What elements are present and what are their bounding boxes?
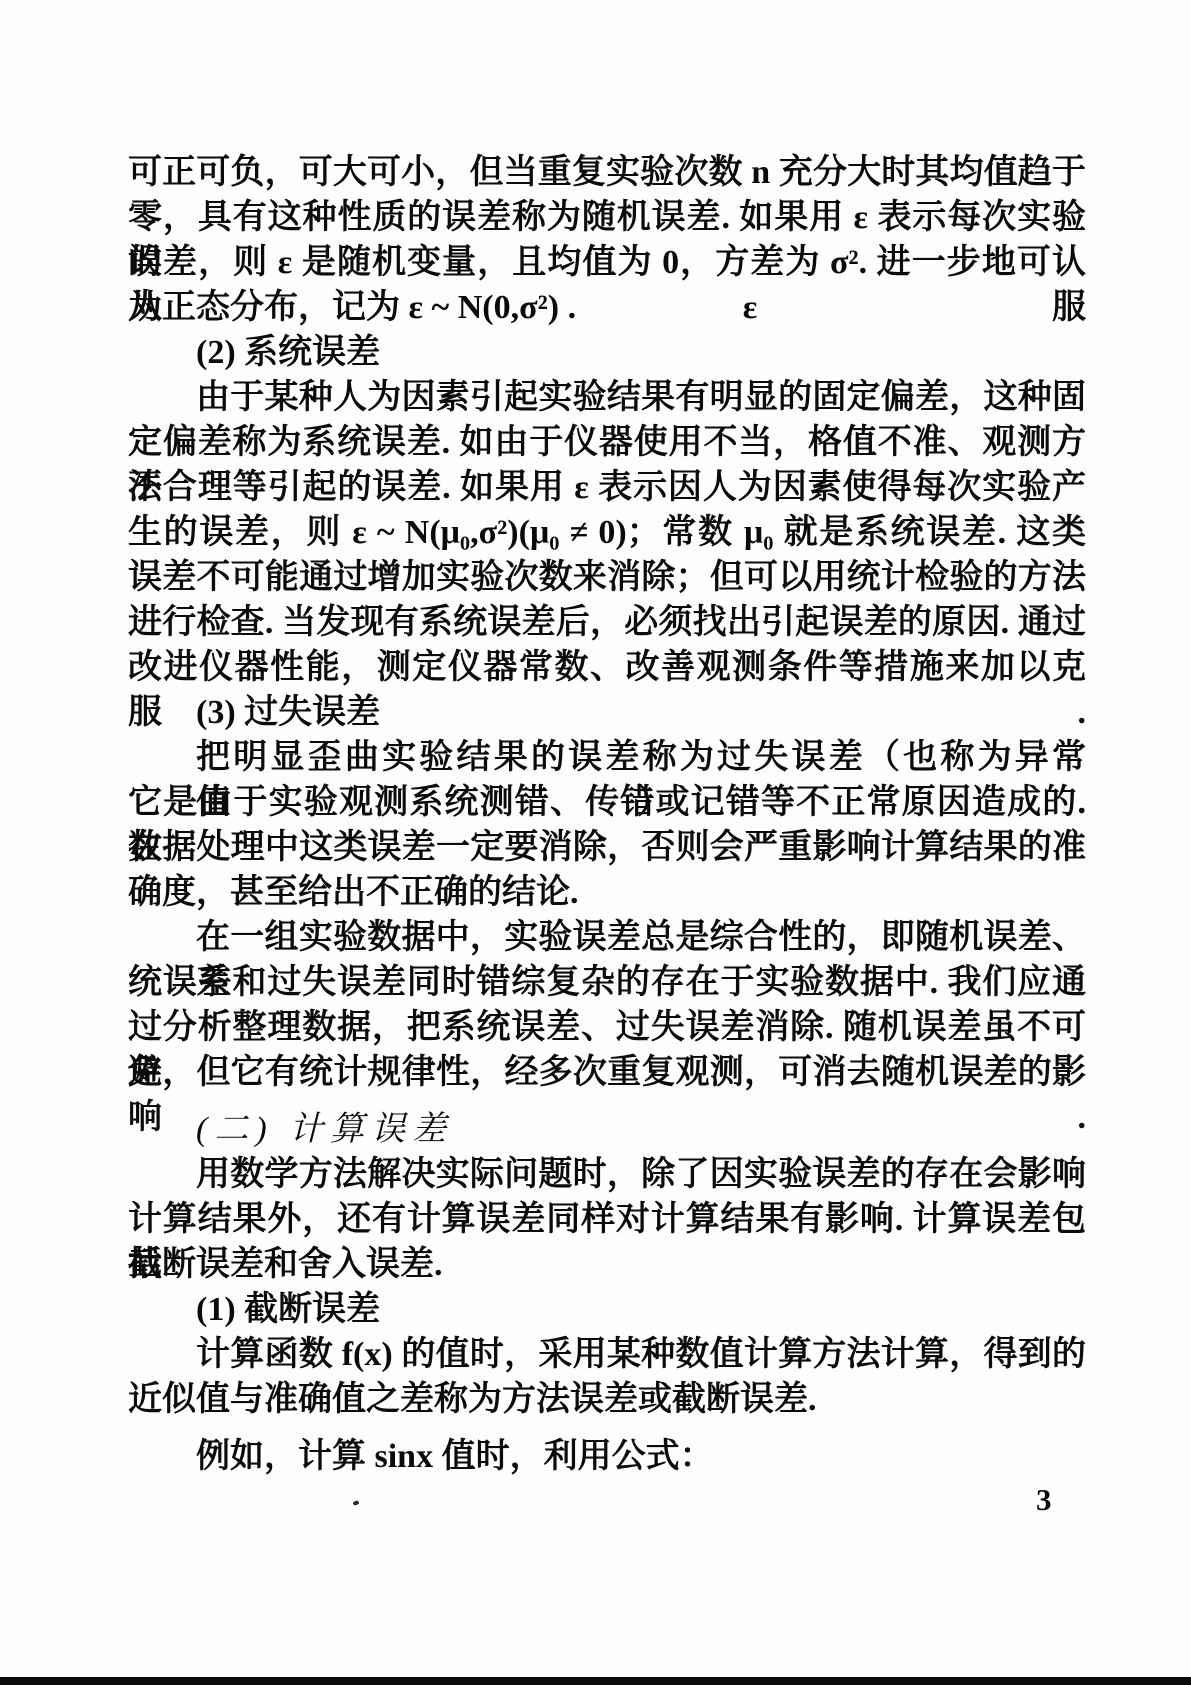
- text-line: 定偏差称为系统误差. 如由于仪器使用不当，格值不准、观测方法: [128, 420, 1086, 465]
- scanned-book-page: 可正可负，可大可小，但当重复实验次数 n 充分大时其均值趋于零，具有这种性质的误…: [0, 0, 1191, 1685]
- text-line: 误差不可能通过增加实验次数来消除；但可以用统计检验的方法: [128, 555, 1086, 600]
- page-text: 可正可负，可大可小，但当重复实验次数 n 充分大时其均值趋于零，具有这种性质的误…: [128, 150, 1086, 1479]
- text-line: 截断误差和舍入误差.: [128, 1242, 1086, 1287]
- text-line: 计算结果外，还有计算误差同样对计算结果有影响. 计算误差包括: [128, 1197, 1086, 1242]
- text-line: 把明显歪曲实验结果的误差称为过失误差（也称为异常值）.: [128, 735, 1086, 780]
- text-line: 可正可负，可大可小，但当重复实验次数 n 充分大时其均值趋于: [128, 150, 1086, 195]
- text-line: 计算函数 f(x) 的值时，采用某种数值计算方法计算，得到的: [128, 1332, 1086, 1377]
- text-line: 进行检查. 当发现有系统误差后，必须找出引起误差的原因. 通过: [128, 600, 1086, 645]
- text-line: 近似值与准确值之差称为方法误差或截断误差.: [128, 1377, 1086, 1422]
- text-line: 改进仪器性能，测定仪器常数、改善观测条件等措施来加以克服.: [128, 645, 1086, 690]
- text-line: 由于某种人为因素引起实验结果有明显的固定偏差，这种固: [128, 375, 1086, 420]
- text-line: 误差，则 ε 是随机变量，且均值为 0，方差为 σ². 进一步地可认为 ε 服: [128, 240, 1086, 285]
- text-line: 过分析整理数据，把系统误差、过失误差消除. 随机误差虽不可避: [128, 1005, 1086, 1050]
- scan-speck: [352, 1500, 359, 1506]
- text-line: 例如，计算 sinx 值时，利用公式：: [128, 1434, 1086, 1479]
- text-line: 生的误差，则 ε ~ N(μ₀,σ²)(μ₀ ≠ 0)；常数 μ₀ 就是系统误差…: [128, 510, 1086, 555]
- text-line: 免，但它有统计规律性，经多次重复观测，可消去随机误差的影响.: [128, 1050, 1086, 1095]
- text-line: 在一组实验数据中，实验误差总是综合性的，即随机误差、系: [128, 915, 1086, 960]
- text-line: 数据处理中这类误差一定要消除，否则会严重影响计算结果的准: [128, 825, 1086, 870]
- text-line: 用数学方法解决实际问题时，除了因实验误差的存在会影响: [128, 1152, 1086, 1197]
- text-line: 统误差和过失误差同时错综复杂的存在于实验数据中. 我们应通: [128, 960, 1086, 1005]
- text-line: 零，具有这种性质的误差称为随机误差. 如果用 ε 表示每次实验的: [128, 195, 1086, 240]
- text-line: (2) 系统误差: [128, 330, 1086, 375]
- scan-edge-bar: [0, 1677, 1191, 1685]
- page-number: 3: [1036, 1482, 1052, 1518]
- text-line: 不合理等引起的误差. 如果用 ε 表示因人为因素使得每次实验产: [128, 465, 1086, 510]
- text-line: 它是由于实验观测系统测错、传错或记错等不正常原因造成的. 在: [128, 780, 1086, 825]
- text-line: 确度，甚至给出不正确的结论.: [128, 870, 1086, 915]
- text-line: (1) 截断误差: [128, 1287, 1086, 1332]
